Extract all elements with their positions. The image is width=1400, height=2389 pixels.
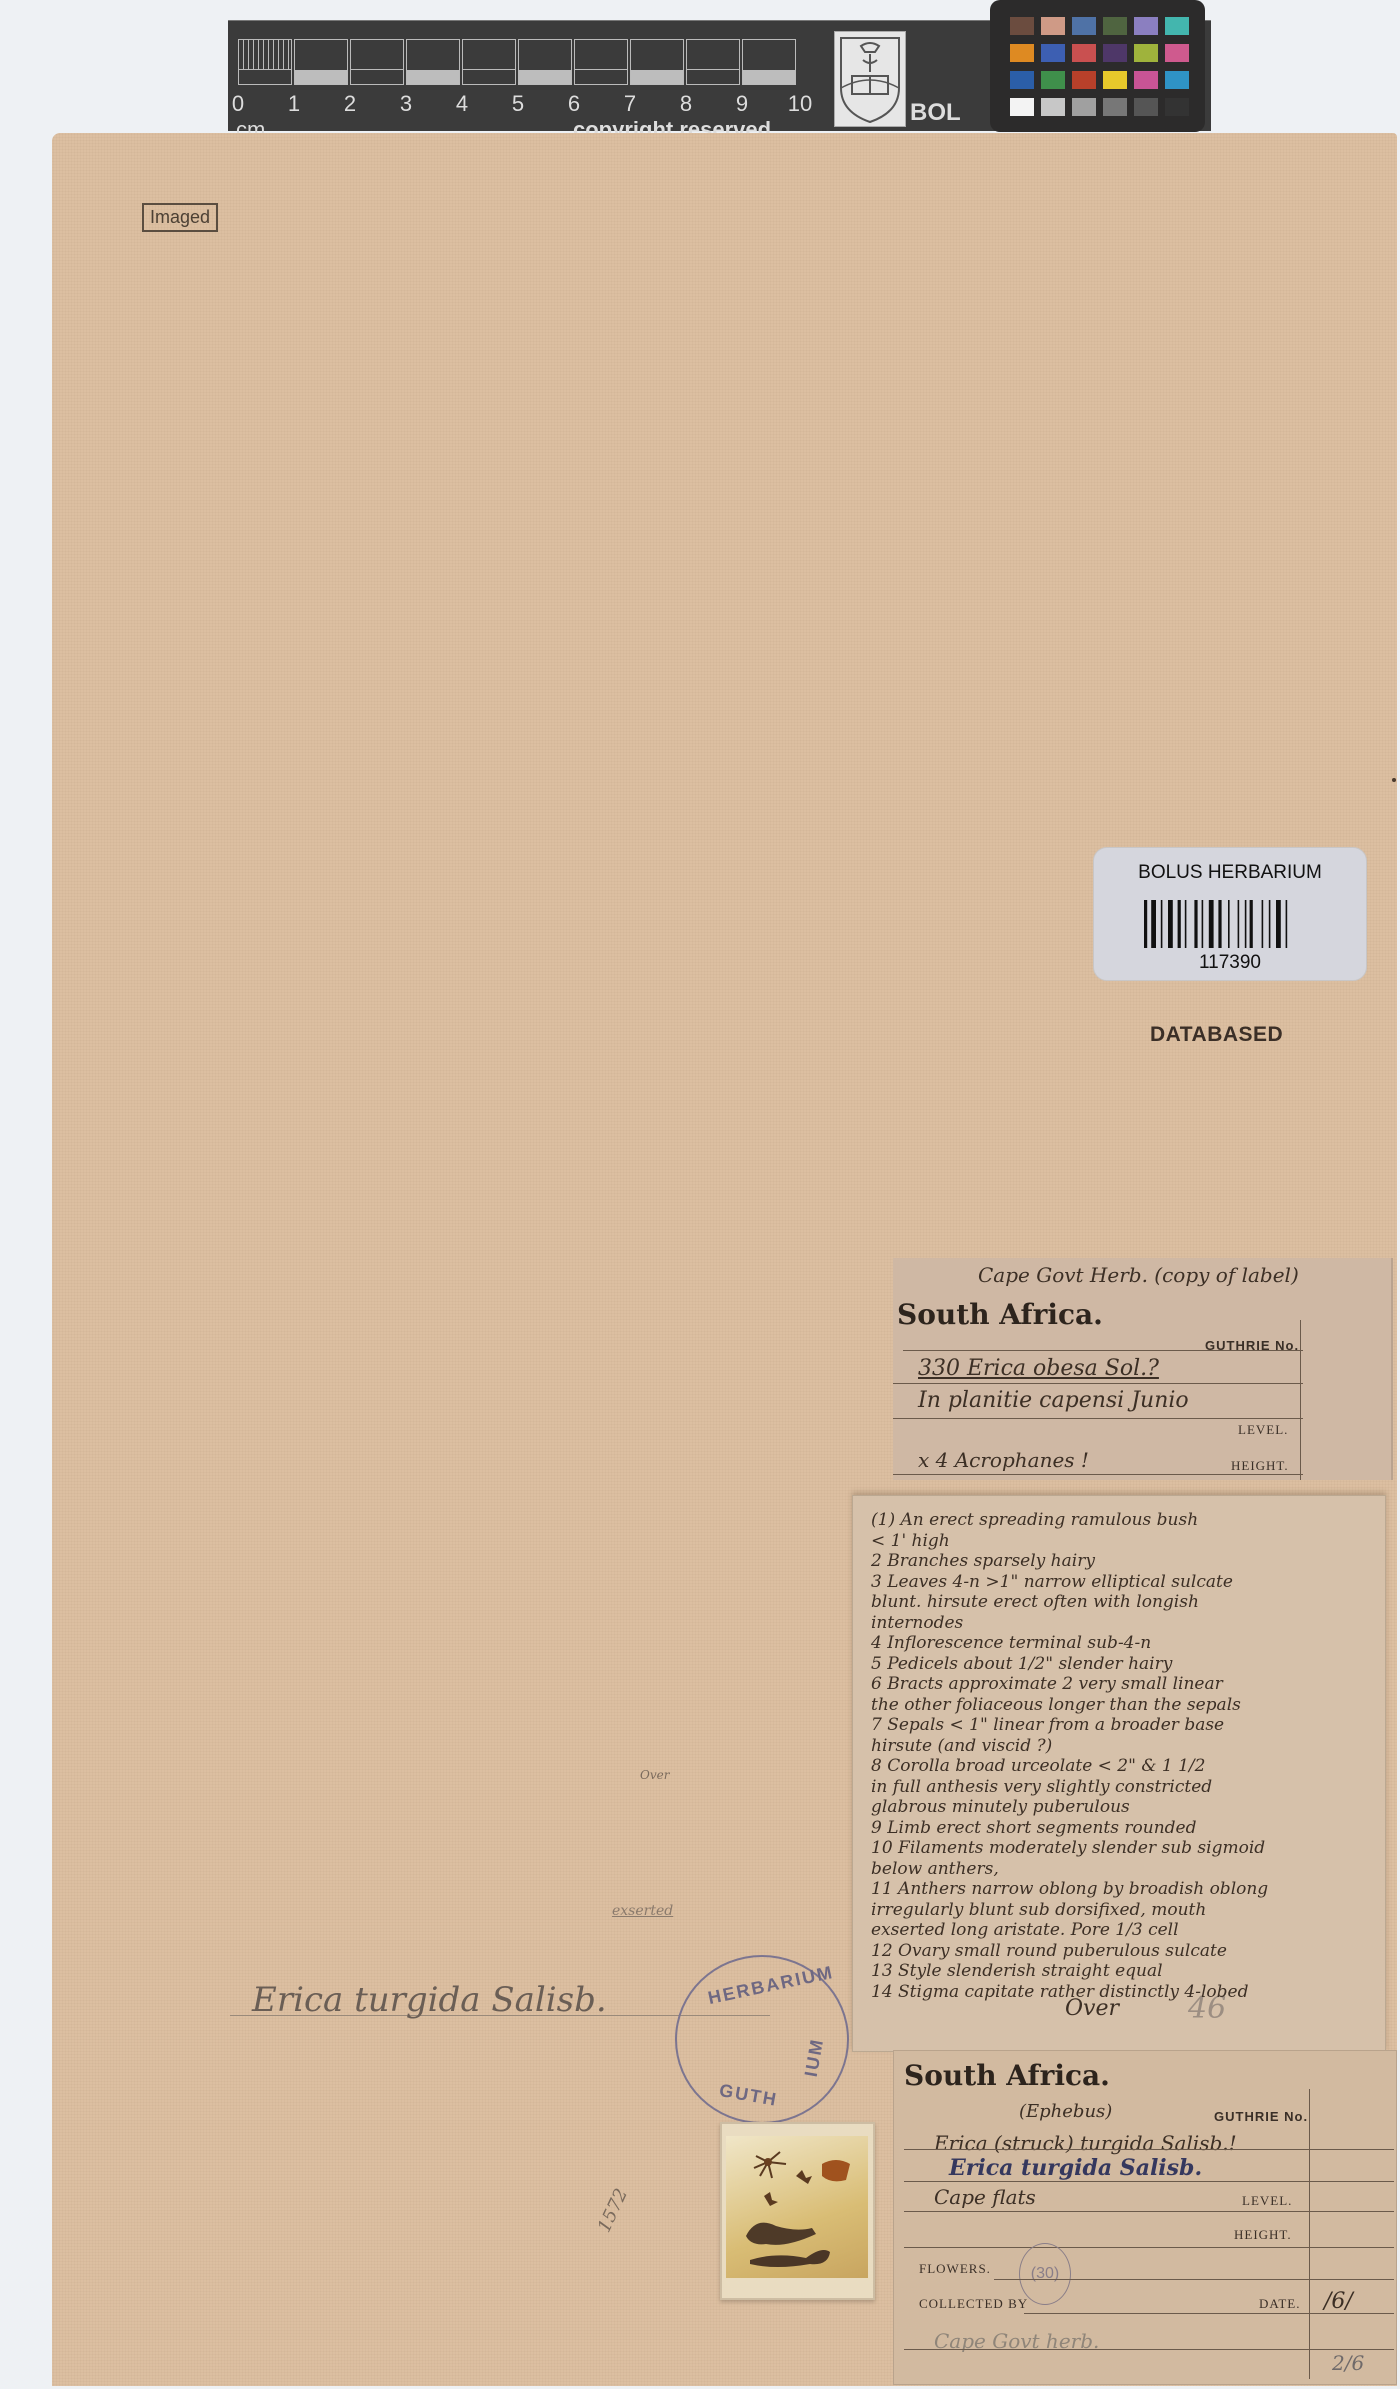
note-line: 2 Branches sparsely hairy — [871, 1551, 1095, 1571]
country-heading: South Africa. — [897, 1298, 1103, 1331]
note-line: internodes — [871, 1613, 963, 1633]
color-patch — [1010, 17, 1034, 35]
tick-label: 0 — [223, 91, 253, 117]
note-line: below anthers, — [871, 1859, 999, 1879]
tick-label: 5 — [503, 91, 533, 117]
label-line-3: Cape flats — [934, 2185, 1036, 2209]
note-line: (1) An erect spreading ramulous bush — [871, 1510, 1198, 1530]
note-line: 11 Anthers narrow oblong by broadish obl… — [871, 1879, 1268, 1899]
stamp-top-text: HERBARIUM — [706, 1962, 836, 2009]
ruler-mm-cell — [238, 39, 292, 85]
color-checker — [990, 0, 1205, 132]
color-patch — [1103, 17, 1127, 35]
note-line: 3 Leaves 4-n >1" narrow elliptical sulca… — [871, 1572, 1233, 1592]
collected-by-caption: COLLECTED BY — [919, 2296, 1028, 2312]
rule-line — [904, 2181, 1394, 2182]
color-patch — [1041, 98, 1065, 116]
collection-label-top: Cape Govt Herb. (copy of label) South Af… — [893, 1258, 1393, 1480]
specimen-fragments — [726, 2136, 868, 2278]
note-line: glabrous minutely puberulous — [871, 1797, 1130, 1817]
guthrie-no-caption: GUTHRIE No. — [1214, 2109, 1308, 2124]
header-note: Cape Govt Herb. (copy of label) — [978, 1263, 1299, 1287]
rule-line — [904, 2349, 1394, 2350]
color-patch — [1010, 44, 1034, 62]
date-caption: DATE. — [1259, 2296, 1300, 2312]
color-patch — [1165, 44, 1189, 62]
university-crest-icon — [834, 31, 906, 127]
label-line-2: In planitie capensi Junio — [918, 1388, 1189, 1413]
ruler-cell — [406, 39, 460, 85]
note-line: hirsute (and viscid ?) — [871, 1736, 1052, 1756]
color-patch — [1134, 71, 1158, 89]
ruler-cell — [518, 39, 572, 85]
imaged-stamp: Imaged — [142, 203, 218, 232]
label-divider — [1309, 2089, 1310, 2379]
height-caption: HEIGHT. — [1231, 1458, 1289, 1474]
tick-label: 4 — [447, 91, 477, 117]
ruler-cell — [462, 39, 516, 85]
color-patch — [1134, 17, 1158, 35]
tick-label: 3 — [391, 91, 421, 117]
genus-note: (Ephebus) — [1019, 2101, 1112, 2122]
color-patch — [1072, 71, 1096, 89]
specimen-fragments-icon — [726, 2136, 868, 2278]
label-line-2: Erica turgida Salisb. — [949, 2155, 1202, 2181]
note-line: < 1' high — [871, 1531, 950, 1551]
note-line: 13 Style slenderish straight equal — [871, 1961, 1163, 1981]
ruler-cell — [630, 39, 684, 85]
determination-text: Erica turgida Salisb. — [252, 1980, 607, 2020]
barcode-title: BOLUS HERBARIUM — [1094, 862, 1366, 884]
stamp-bottom-text: GUTH — [718, 2080, 780, 2111]
rule-line — [904, 2247, 1394, 2248]
herbarium-stamp: HERBARIUM GUTH IUM — [675, 1955, 849, 2124]
rule-line — [903, 1350, 1303, 1351]
barcode-label: BOLUS HERBARIUM 117390 — [1093, 847, 1367, 981]
tick-label: 10 — [780, 91, 820, 117]
label-line-1: Erica (struck) turgida Salisb.! — [934, 2131, 1237, 2155]
pencil-note: Over — [640, 1768, 669, 1782]
color-patch — [1134, 98, 1158, 116]
description-notes-card: Over 46 (1) An erect spreading ramulous … — [852, 1495, 1386, 2052]
flowers-caption: FLOWERS. — [919, 2261, 991, 2277]
institution-code: BOL — [910, 99, 961, 127]
tick-label: 1 — [279, 91, 309, 117]
rule-line — [904, 2149, 1394, 2150]
color-patch — [1041, 44, 1065, 62]
note-line: 9 Limb erect short segments rounded — [871, 1818, 1196, 1838]
note-line: 4 Inflorescence terminal sub-4-n — [871, 1633, 1151, 1653]
label-line-3: x 4 Acrophanes ! — [918, 1448, 1089, 1472]
note-line: 10 Filaments moderately slender sub sigm… — [871, 1838, 1265, 1858]
rule-line — [904, 2211, 1394, 2212]
height-caption: HEIGHT. — [1234, 2227, 1292, 2243]
rule-line — [994, 2279, 1394, 2280]
color-patch — [1103, 98, 1127, 116]
label-line-1: 330 Erica obesa Sol.? — [918, 1356, 1159, 1381]
tick-label: 8 — [671, 91, 701, 117]
level-caption: LEVEL. — [1238, 1422, 1288, 1438]
color-patch — [1165, 71, 1189, 89]
color-patch — [1072, 44, 1096, 62]
color-patch — [1103, 71, 1127, 89]
color-patch — [1010, 98, 1034, 116]
ruler-cell — [294, 39, 348, 85]
tick-label: 6 — [559, 91, 589, 117]
note-line: irregularly blunt sub dorsifixed, mouth — [871, 1900, 1206, 1920]
databased-stamp: DATABASED — [1150, 1023, 1283, 1047]
date-value: /6/ — [1324, 2289, 1353, 2314]
level-caption: LEVEL. — [1242, 2193, 1292, 2209]
note-line: exserted long aristate. Pore 1/3 cell — [871, 1920, 1179, 1940]
note-line: 14 Stigma capitate rather distinctly 4-l… — [871, 1982, 1248, 2002]
ruler-cell — [350, 39, 404, 85]
rule-line — [893, 1474, 1303, 1475]
note-line: 5 Pedicels about 1/2" slender hairy — [871, 1654, 1172, 1674]
rule-line — [893, 1383, 1303, 1384]
rule-line — [893, 1418, 1303, 1419]
collection-label-bottom: South Africa. GUTHRIE No. (Ephebus) Eric… — [893, 2050, 1397, 2385]
ruler-cell — [742, 39, 796, 85]
color-patch — [1041, 71, 1065, 89]
country-heading: South Africa. — [904, 2059, 1110, 2092]
stamp-side-text: IUM — [801, 2036, 828, 2078]
note-line: 7 Sepals < 1" linear from a broader base — [871, 1715, 1224, 1735]
color-patch — [1041, 17, 1065, 35]
tick-label: 9 — [727, 91, 757, 117]
tick-label: 7 — [615, 91, 645, 117]
color-patch — [1165, 17, 1189, 35]
ruler-blocks — [238, 39, 796, 85]
fragment-packet[interactable] — [720, 2122, 875, 2300]
color-patch — [1072, 17, 1096, 35]
color-patch — [1165, 98, 1189, 116]
label-divider — [1300, 1320, 1301, 1480]
note-line: 12 Ovary small round puberulous sulcate — [871, 1941, 1227, 1961]
rule-line — [1024, 2313, 1394, 2314]
note-line: the other foliaceous longer than the sep… — [871, 1695, 1241, 1715]
dot-mark — [1392, 778, 1396, 782]
tick-label: 2 — [335, 91, 365, 117]
barcode-number: 117390 — [1094, 952, 1366, 974]
pencil-note-exserted: exserted — [612, 1903, 673, 1919]
ruler-cell — [574, 39, 628, 85]
barcode-icon — [1144, 900, 1324, 948]
color-patch — [1134, 44, 1158, 62]
margin-note: 2/6 — [1332, 2351, 1364, 2375]
note-line: blunt. hirsute erect often with longish — [871, 1592, 1199, 1612]
note-line: in full anthesis very slightly constrict… — [871, 1777, 1212, 1797]
note-line: 6 Bracts approximate 2 very small linear — [871, 1674, 1223, 1694]
color-patch — [1072, 98, 1096, 116]
ruler-cell — [686, 39, 740, 85]
color-patch — [1010, 71, 1034, 89]
color-patch — [1103, 44, 1127, 62]
note-line: 8 Corolla broad urceolate < 2" & 1 1/2 — [871, 1756, 1205, 1776]
